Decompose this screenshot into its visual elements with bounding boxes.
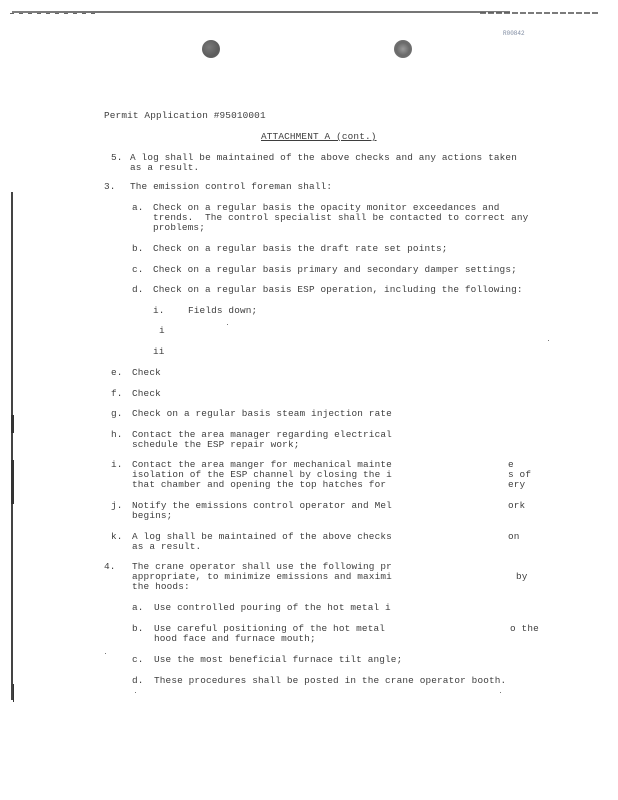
subitem-letter: d. — [132, 676, 144, 687]
item-3i-text: that chamber and opening the top hatches… — [132, 480, 386, 491]
item-3g-text: Check on a regular basis steam injection… — [132, 409, 392, 420]
item-3j-text-fragment: ork — [508, 501, 525, 512]
subitem-letter: a. — [132, 603, 144, 614]
scan-margin-mark — [11, 460, 14, 504]
attachment-title: ATTACHMENT A (cont.) — [261, 132, 377, 143]
punch-hole-left-icon — [202, 40, 220, 58]
item-3c-text: Check on a regular basis primary and sec… — [153, 265, 517, 276]
item-number: 5. — [111, 153, 123, 164]
punch-hole-right-icon — [394, 40, 412, 58]
item-3e-text: Check — [132, 368, 161, 379]
subitem-letter: h. — [111, 430, 123, 441]
subitem-letter: d. — [132, 285, 144, 296]
item-5-text: as a result. — [130, 163, 199, 174]
subitem-letter: b. — [132, 624, 144, 635]
scan-speck — [500, 692, 501, 693]
item-4b-text: hood face and furnace mouth; — [154, 634, 316, 645]
subitem-letter: f. — [111, 389, 123, 400]
scan-speck — [135, 692, 136, 693]
subitem-letter: g. — [111, 409, 123, 420]
scan-speck — [548, 340, 549, 341]
scan-margin-line — [11, 192, 13, 700]
item-3b-text: Check on a regular basis the draft rate … — [153, 244, 448, 255]
roman-numeral: i. — [153, 306, 165, 317]
item-3k-text-fragment: on — [508, 532, 520, 543]
permit-application-line: Permit Application #95010001 — [104, 111, 266, 122]
subitem-letter: j. — [111, 501, 123, 512]
scan-speck — [105, 653, 106, 654]
item-3i-text-fragment: ery — [508, 480, 525, 491]
bates-stamp: R00842 — [503, 30, 525, 37]
item-3d-i-text: Fields down; — [188, 306, 257, 317]
roman-numeral: ii — [153, 347, 165, 358]
item-4-text-fragment: by — [516, 572, 528, 583]
scan-top-edge-noise — [480, 12, 600, 14]
scan-speck — [227, 324, 228, 325]
item-3h-text: schedule the ESP repair work; — [132, 440, 300, 451]
item-4-text: the hoods: — [132, 582, 190, 593]
item-3d-text: Check on a regular basis ESP operation, … — [153, 285, 523, 296]
roman-numeral: i — [159, 326, 165, 337]
scan-noise — [10, 13, 100, 14]
document-page: R00842 Permit Application #95010001 ATTA… — [0, 0, 618, 800]
item-3k-text: as a result. — [132, 542, 201, 553]
subitem-letter: b. — [132, 244, 144, 255]
subitem-letter: a. — [132, 203, 144, 214]
item-number: 4. — [104, 562, 116, 573]
item-4b-text-fragment: o the — [510, 624, 539, 635]
subitem-letter: k. — [111, 532, 123, 543]
item-number: 3. — [104, 182, 116, 193]
item-3j-text: begins; — [132, 511, 172, 522]
subitem-letter: c. — [132, 265, 144, 276]
subitem-letter: c. — [132, 655, 144, 666]
scan-margin-mark — [13, 684, 15, 702]
item-3-text: The emission control foreman shall: — [130, 182, 332, 193]
item-4c-text: Use the most beneficial furnace tilt ang… — [154, 655, 402, 666]
item-4a-text: Use controlled pouring of the hot metal … — [154, 603, 391, 614]
item-4d-text: These procedures shall be posted in the … — [154, 676, 506, 687]
item-3a-text: trends. The control specialist shall be … — [153, 213, 528, 224]
subitem-letter: i. — [111, 460, 123, 471]
subitem-letter: e. — [111, 368, 123, 379]
item-3f-text: Check — [132, 389, 161, 400]
scan-margin-mark — [11, 415, 14, 433]
item-3a-text: problems; — [153, 223, 205, 234]
